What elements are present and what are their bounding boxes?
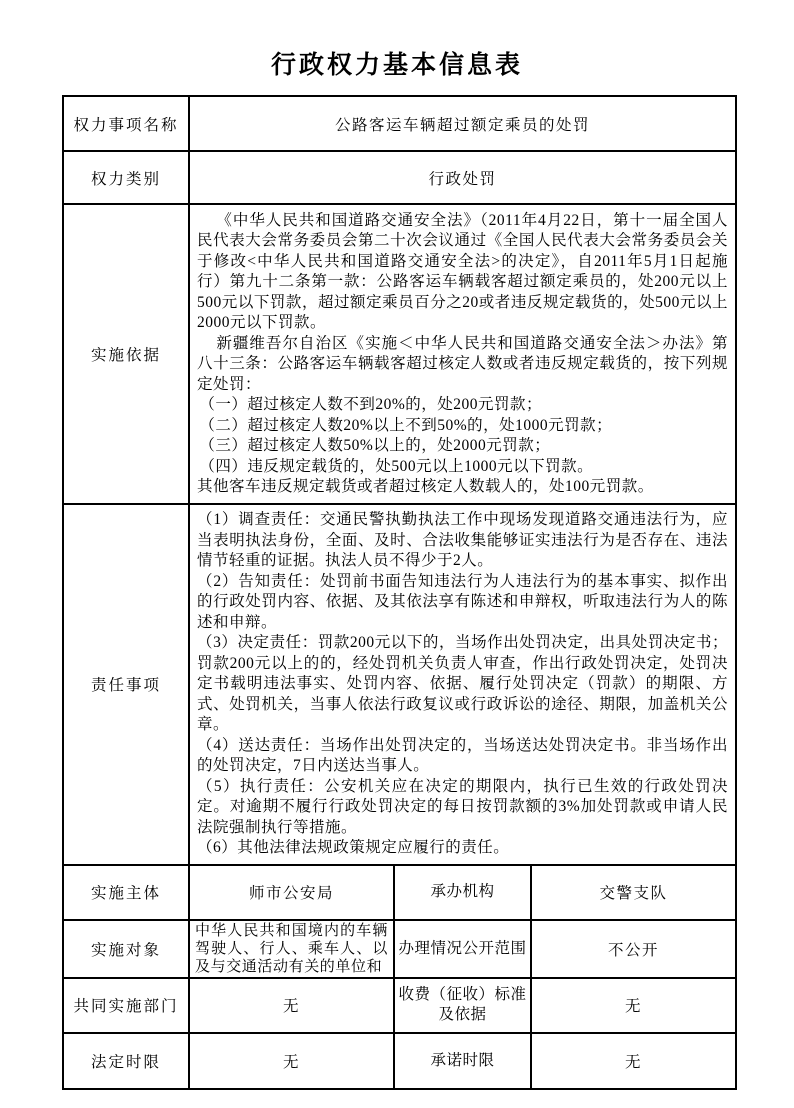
responsibility-paragraph: （6）其他法律法规政策规定应履行的责任。 xyxy=(197,838,728,859)
field-label-promised-time-limit: 承诺时限 xyxy=(394,1033,531,1089)
responsibility-paragraph: （1）调查责任：交通民警执勤执法工作中现场发现道路交通违法行为，应当表明执法身份… xyxy=(197,510,728,572)
field-value-implementer: 师市公安局 xyxy=(189,865,394,920)
responsibility-paragraph: （3）决定责任：罚款200元以下的，当场作出处罚决定，出具处罚决定书；罚款200… xyxy=(197,633,728,736)
table-row-joint-dept: 共同实施部门 无 收费（征收）标准及依据 无 xyxy=(63,978,736,1033)
field-value-target: 中华人民共和国境内的车辆驾驶人、行人、乘车人、以及与交通活动有关的单位和 xyxy=(189,920,394,978)
field-value-joint-dept: 无 xyxy=(189,978,394,1033)
field-value-item-name: 公路客运车辆超过额定乘员的处罚 xyxy=(189,96,736,151)
legal-basis-paragraph: 《中华人民共和国道路交通安全法》（2011年4月22日，第十一届全国人民代表大会… xyxy=(197,211,728,334)
responsibility-paragraph: （2）告知责任：处罚前书面告知违法行为人违法行为的基本事实、拟作出的行政处罚内容… xyxy=(197,572,728,634)
document-page: 行政权力基本信息表 权力事项名称 公路客运车辆超过额定乘员的处罚 权力类别 行政… xyxy=(0,0,794,1108)
legal-basis-item: （二）超过核定人数20%以上不到50%的，处1000元罚款； xyxy=(197,416,728,437)
table-row-implementer: 实施主体 师市公安局 承办机构 交警支队 xyxy=(63,865,736,920)
legal-basis-item: （三）超过核定人数50%以上的，处2000元罚款； xyxy=(197,436,728,457)
legal-basis-item: （一）超过核定人数不到20%的，处200元罚款； xyxy=(197,395,728,416)
field-label-implementer: 实施主体 xyxy=(63,865,189,920)
legal-basis-item: （四）违反规定载货的，处500元以上1000元以下罚款。 xyxy=(197,457,728,478)
field-value-promised-time-limit: 无 xyxy=(531,1033,736,1089)
info-table: 权力事项名称 公路客运车辆超过额定乘员的处罚 权力类别 行政处罚 实施依据 《中… xyxy=(62,95,737,1090)
field-label-target: 实施对象 xyxy=(63,920,189,978)
field-value-category: 行政处罚 xyxy=(189,151,736,204)
field-label-disclosure-scope: 办理情况公开范围 xyxy=(394,920,531,978)
field-value-responsibilities: （1）调查责任：交通民警执勤执法工作中现场发现道路交通违法行为，应当表明执法身份… xyxy=(189,504,736,865)
field-label-responsibilities: 责任事项 xyxy=(63,504,189,865)
table-row-legal-basis: 实施依据 《中华人民共和国道路交通安全法》（2011年4月22日，第十一届全国人… xyxy=(63,204,736,504)
field-label-category: 权力类别 xyxy=(63,151,189,204)
legal-basis-paragraph: 新疆维吾尔自治区《实施＜中华人民共和国道路交通安全法＞办法》第八十三条：公路客运… xyxy=(197,334,728,396)
field-label-legal-time-limit: 法定时限 xyxy=(63,1033,189,1089)
table-row-item-name: 权力事项名称 公路客运车辆超过额定乘员的处罚 xyxy=(63,96,736,151)
page-title: 行政权力基本信息表 xyxy=(0,50,794,82)
field-label-legal-basis: 实施依据 xyxy=(63,204,189,504)
field-label-item-name: 权力事项名称 xyxy=(63,96,189,151)
responsibility-paragraph: （4）送达责任：当场作出处罚决定的，当场送达处罚决定书。非当场作出的处罚决定，7… xyxy=(197,736,728,777)
field-value-disclosure-scope: 不公开 xyxy=(531,920,736,978)
table-row-category: 权力类别 行政处罚 xyxy=(63,151,736,204)
legal-basis-paragraph: 其他客车违反规定载货或者超过核定人数载人的，处100元罚款。 xyxy=(197,477,728,498)
field-value-legal-basis: 《中华人民共和国道路交通安全法》（2011年4月22日，第十一届全国人民代表大会… xyxy=(189,204,736,504)
field-label-joint-dept: 共同实施部门 xyxy=(63,978,189,1033)
table-row-responsibilities: 责任事项 （1）调查责任：交通民警执勤执法工作中现场发现道路交通违法行为，应当表… xyxy=(63,504,736,865)
responsibility-paragraph: （5）执行责任：公安机关应在决定的期限内，执行已生效的行政处罚决定。对逾期不履行… xyxy=(197,777,728,839)
field-value-fee-standard: 无 xyxy=(531,978,736,1033)
field-label-fee-standard: 收费（征收）标准及依据 xyxy=(394,978,531,1033)
field-value-legal-time-limit: 无 xyxy=(189,1033,394,1089)
field-value-handling-org: 交警支队 xyxy=(531,865,736,920)
table-row-target: 实施对象 中华人民共和国境内的车辆驾驶人、行人、乘车人、以及与交通活动有关的单位… xyxy=(63,920,736,978)
table-row-time-limits: 法定时限 无 承诺时限 无 xyxy=(63,1033,736,1089)
field-label-handling-org: 承办机构 xyxy=(394,865,531,920)
